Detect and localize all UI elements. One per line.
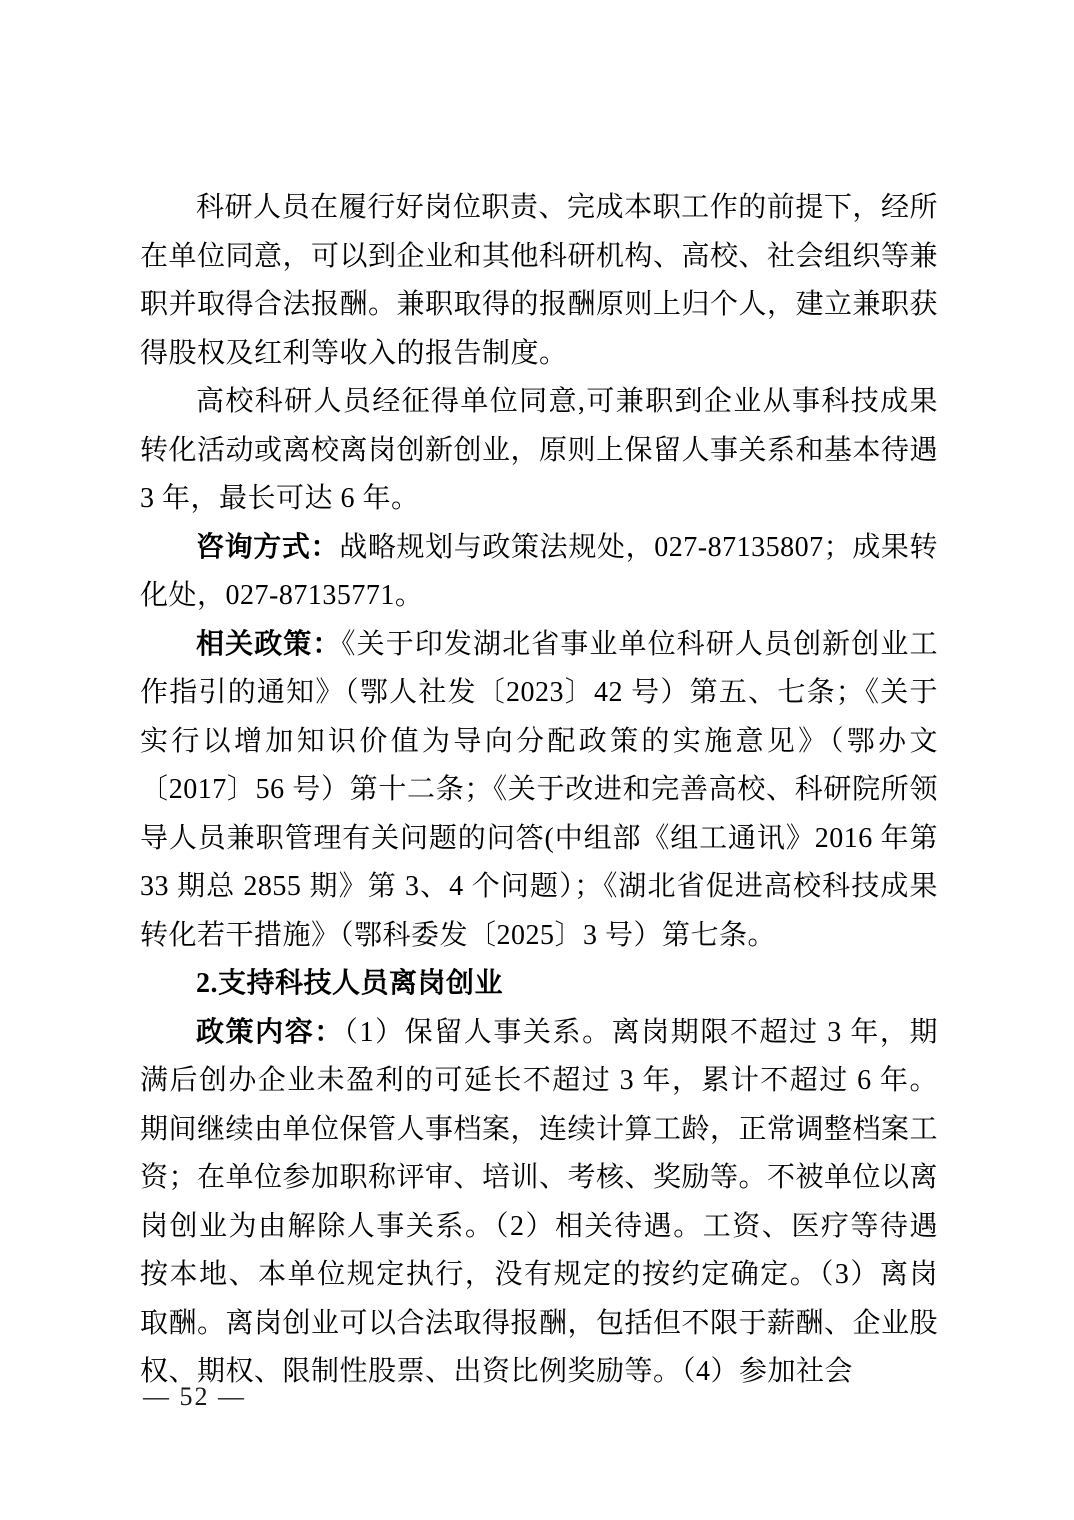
paragraph-body-2: 高校科研人员经征得单位同意,可兼职到企业从事科技成果转化活动或离校离岗创新创业，…	[140, 378, 938, 524]
paragraph-text: 《关于印发湖北省事业单位科研人员创新创业工作指引的通知》（鄂人社发〔2023〕4…	[140, 629, 938, 951]
section-heading: 2.支持科技人员离岗创业	[140, 960, 938, 1009]
paragraph-policy-content: 政策内容：（1）保留人事关系。离岗期限不超过 3 年，期满后创办企业未盈利的可延…	[140, 1009, 938, 1397]
paragraph-text: 高校科研人员经征得单位同意,可兼职到企业从事科技成果转化活动或离校离岗创新创业，…	[140, 386, 938, 514]
paragraph-consultation: 咨询方式：战略规划与政策法规处，027-87135807；成果转化处，027-8…	[140, 524, 938, 621]
consultation-label: 咨询方式：	[196, 532, 339, 563]
page-number: — 52 —	[143, 1382, 246, 1411]
paragraph-related-policy: 相关政策：《关于印发湖北省事业单位科研人员创新创业工作指引的通知》（鄂人社发〔2…	[140, 621, 938, 961]
paragraph-body-1: 科研人员在履行好岗位职责、完成本职工作的前提下，经所在单位同意，可以到企业和其他…	[140, 184, 938, 378]
paragraph-text: 科研人员在履行好岗位职责、完成本职工作的前提下，经所在单位同意，可以到企业和其他…	[140, 192, 938, 369]
related-policy-label: 相关政策：	[196, 629, 342, 660]
paragraph-text: （1）保留人事关系。离岗期限不超过 3 年，期满后创办企业未盈利的可延长不超过 …	[140, 1017, 938, 1388]
policy-content-label: 政策内容：	[196, 1017, 344, 1048]
document-content: 科研人员在履行好岗位职责、完成本职工作的前提下，经所在单位同意，可以到企业和其他…	[140, 184, 938, 1397]
document-page: 科研人员在履行好岗位职责、完成本职工作的前提下，经所在单位同意，可以到企业和其他…	[0, 0, 1074, 1520]
page-footer: — 52 —	[143, 1382, 246, 1412]
